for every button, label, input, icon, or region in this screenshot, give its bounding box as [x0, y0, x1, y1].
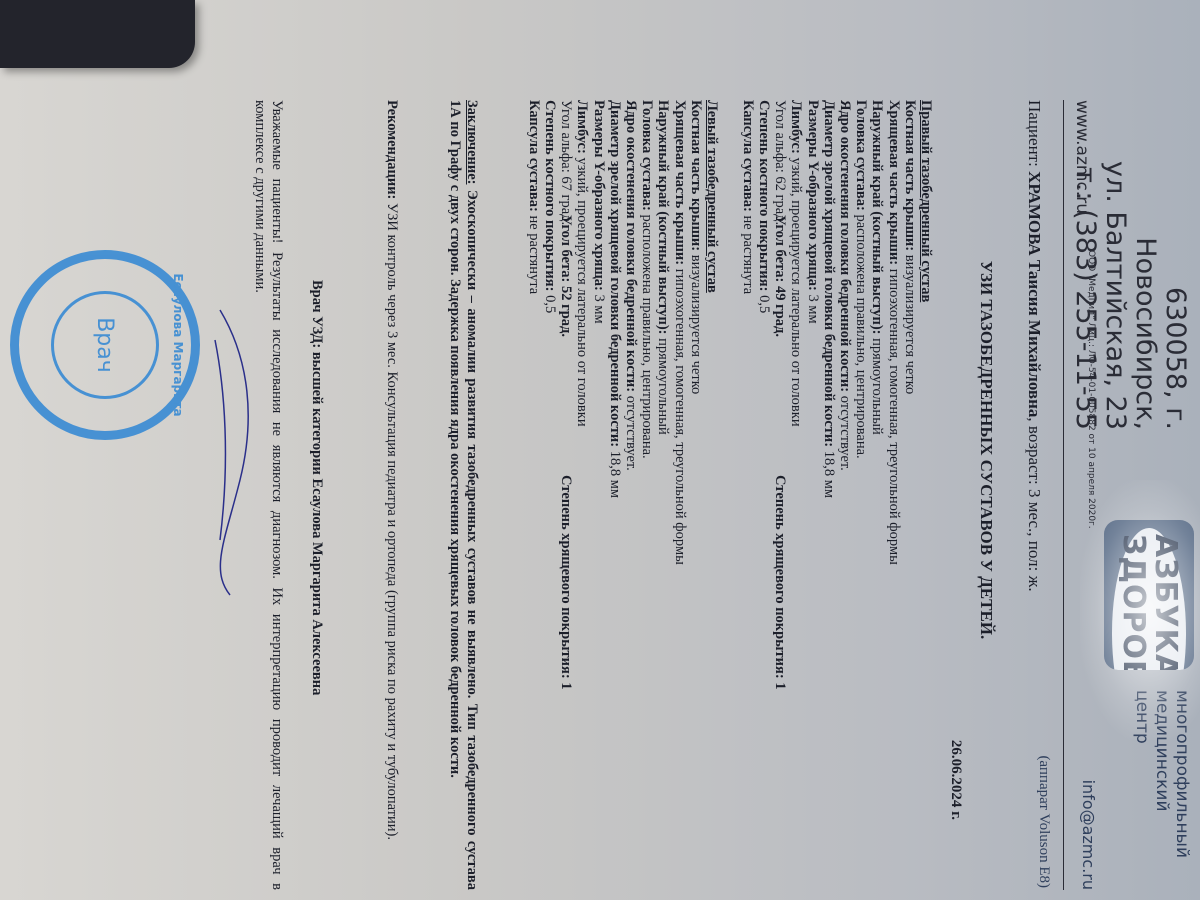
finding-key: Костная часть крыши:: [902, 100, 918, 251]
finding-row: Головка сустава: расположена правильно, …: [639, 100, 655, 880]
finding-value: отсутствует.: [623, 392, 639, 471]
angles-row: Угол альфа: 62 град. Угол бета: 49 град.…: [772, 100, 788, 880]
left-hip-heading: Левый тазобедренный сустав: [704, 100, 720, 880]
alpha-label: Угол альфа:: [772, 100, 788, 173]
conclusion: Заключение: Эхоскопически – аномалии раз…: [446, 100, 480, 890]
patient-label: Пациент:: [1025, 100, 1044, 167]
alpha-angle: Угол альфа: 62 град.: [772, 100, 788, 215]
cartilage-cover: Степень хрящевого покрытия: 1: [772, 475, 788, 690]
doctor-stamp: Есаулова Маргарита Врач: [10, 250, 200, 440]
finding-key: Головка сустава:: [639, 100, 655, 211]
stamp-center: Врач: [51, 291, 159, 399]
conclusion-text: Эхоскопически – аномалии развития тазобе…: [447, 100, 480, 890]
ultrasound-report-page: 630058, г. Новосибирск, ул. Балтийская, …: [0, 0, 1200, 900]
finding-row: Головка сустава: расположена правильно, …: [853, 100, 869, 880]
logo-line-1: АЗБУКА: [1149, 534, 1181, 670]
finding-row: Диаметр зрелой хрящевой головки бедренно…: [607, 100, 623, 880]
finding-key: Размеры Y-образного хряща:: [805, 100, 821, 291]
finding-row: Капсула сустава: не растянута: [526, 100, 542, 880]
left-hip-section: Левый тазобедренный сустав Костная часть…: [526, 100, 720, 880]
header-divider: [1063, 100, 1064, 890]
bone-cover-label: Степень костного покрытия:: [542, 100, 558, 291]
beta-angle: Угол бета: 49 град.: [772, 215, 788, 475]
finding-key: Размеры Y-образного хряща:: [591, 100, 607, 291]
address-line-1: 630058, г. Новосибирск,: [1130, 100, 1190, 430]
cartilage-cover-label: Степень хрящевого покрытия:: [772, 475, 788, 679]
clinic-license: ООО "МедГид" Лиц.: ЛО-54-01-005882 от 10…: [1086, 250, 1096, 529]
finding-key: Хрящевая часть крыши:: [886, 100, 902, 265]
clinic-email: info@azmc.ru: [1079, 780, 1098, 890]
finding-key: Лимбус:: [574, 100, 590, 154]
finding-value: узкий, проецируется латерально от головк…: [574, 154, 590, 427]
finding-value: визуализируется четко: [688, 251, 704, 394]
finding-key: Наружный край (костный выступ):: [655, 100, 671, 335]
recommendations-text: УЗИ контроль через 3 мес. Консультация п…: [384, 199, 400, 840]
alpha-angle: Угол альфа: 67 град.: [558, 100, 574, 215]
cartilage-cover-label: Степень хрящевого покрытия:: [558, 475, 574, 679]
report-title: УЗИ ТАЗОБЕДРЕННЫХ СУСТАВОВ У ДЕТЕЙ.: [976, 0, 996, 900]
finding-row: Костная часть крыши: визуализируется чет…: [902, 100, 918, 880]
clinic-type-line-2: медицинский: [1152, 690, 1172, 858]
finding-key: Головка сустава:: [853, 100, 869, 211]
finding-value: отсутствует.: [837, 392, 853, 471]
cartilage-cover: Степень хрящевого покрытия: 1: [558, 475, 574, 690]
finding-value: гипоэхогенная, гомогенная, треугольной ф…: [672, 265, 688, 565]
finding-row: Диаметр зрелой хрящевой головки бедренно…: [821, 100, 837, 880]
clinic-type-line-1: многопрофильный: [1172, 690, 1192, 858]
finding-value: 3 мм: [591, 291, 607, 324]
cartilage-cover-value: 1: [772, 679, 788, 690]
finding-key: Лимбус:: [788, 100, 804, 154]
finding-row: Лимбус: узкий, проецируется латерально о…: [574, 100, 590, 880]
clinic-type-line-3: центр: [1132, 690, 1152, 858]
finding-row: Костная часть крыши: визуализируется чет…: [688, 100, 704, 880]
capsule-label: Капсула сустава:: [740, 100, 756, 212]
finding-value: расположена правильно, центрирована.: [639, 211, 655, 459]
clinic-website: www.azmc.ru: [1072, 100, 1092, 214]
finding-value: 18,8 мм: [607, 447, 623, 498]
finding-value: прямоугольный: [869, 335, 885, 435]
clinic-logo: АЗБУКА ЗДОРОВЬЯ: [1104, 520, 1194, 670]
finding-value: визуализируется четко: [902, 251, 918, 394]
finding-value: 18,8 мм: [821, 447, 837, 498]
handwritten-signature: [200, 300, 260, 600]
capsule-label: Капсула сустава:: [526, 100, 542, 212]
finding-row: Лимбус: узкий, проецируется латерально о…: [788, 100, 804, 880]
finding-row: Степень костного покрытия: 0,5: [756, 100, 772, 880]
right-hip-heading: Правый тазобедренный сустав: [918, 100, 934, 880]
finding-key: Хрящевая часть крыши:: [672, 100, 688, 265]
finding-key: Наружный край (костный выступ):: [869, 100, 885, 335]
finding-key: Диаметр зрелой хрящевой головки бедренно…: [821, 100, 837, 447]
finding-row: Хрящевая часть крыши: гипоэхогенная, гом…: [885, 100, 901, 880]
patient-name: ХРАМОВА Таисия Михайловна: [1025, 171, 1044, 417]
finding-row: Ядро окостенения головки бедренной кости…: [837, 100, 853, 880]
finding-row: Размеры Y-образного хряща: 3 мм: [804, 100, 820, 880]
finding-value: гипоэхогенная, гомогенная, треугольной ф…: [886, 265, 902, 565]
stamp-center-text: Врач: [93, 317, 118, 373]
doctor-signature-line: Врач УЗД: высшей категории Есаулова Марг…: [308, 280, 325, 695]
phone-edge-shadow: [0, 0, 195, 68]
beta-value: 52 град.: [558, 282, 574, 337]
finding-row: Ядро окостенения головки бедренной кости…: [623, 100, 639, 880]
beta-angle: Угол бета: 52 град.: [558, 215, 574, 475]
finding-row: Хрящевая часть крыши: гипоэхогенная, гом…: [671, 100, 687, 880]
bone-cover-value: 0,5: [756, 291, 772, 313]
capsule-value: не растянута: [526, 212, 542, 294]
finding-row: Наружный край (костный выступ): прямоуго…: [869, 100, 885, 880]
report-date: 26.06.2024 г.: [947, 740, 964, 820]
finding-value: узкий, проецируется латерально от головк…: [788, 154, 804, 427]
device-name: (аппарат Voluson E8): [1035, 755, 1052, 888]
recommendations-label: Рекомендации:: [384, 100, 400, 199]
patient-details: , возраст: 3 мес., пол: ж.: [1025, 417, 1044, 591]
beta-label: Угол бета:: [772, 215, 788, 282]
address-line-2: ул. Балтийская, 23: [1100, 100, 1130, 430]
conclusion-label: Заключение:: [464, 100, 480, 185]
cartilage-cover-value: 1: [558, 679, 574, 690]
finding-row: Наружный край (костный выступ): прямоуго…: [655, 100, 671, 880]
capsule-value: не растянута: [740, 212, 756, 294]
logo-line-2: ЗДОРОВЬЯ: [1117, 534, 1149, 670]
patient-line: Пациент: ХРАМОВА Таисия Михайловна, возр…: [1024, 100, 1044, 592]
bone-cover-value: 0,5: [542, 291, 558, 313]
finding-row: Размеры Y-образного хряща: 3 мм: [590, 100, 606, 880]
finding-key: Костная часть крыши:: [688, 100, 704, 251]
right-hip-section: Правый тазобедренный сустав Костная част…: [740, 100, 934, 880]
finding-key: Ядро окостенения головки бедренной кости…: [623, 100, 639, 392]
stamp-ring-text: Есаулова Маргарита: [171, 259, 185, 431]
recommendations: Рекомендации: УЗИ контроль через 3 мес. …: [383, 100, 400, 890]
finding-row: Капсула сустава: не растянута: [740, 100, 756, 880]
finding-value: расположена правильно, центрирована.: [853, 211, 869, 459]
bone-cover-label: Степень костного покрытия:: [756, 100, 772, 291]
beta-value: 49 град.: [772, 282, 788, 337]
finding-key: Ядро окостенения головки бедренной кости…: [837, 100, 853, 392]
finding-value: 3 мм: [805, 291, 821, 324]
beta-label: Угол бета:: [558, 215, 574, 282]
finding-row: Степень костного покрытия: 0,5: [542, 100, 558, 880]
clinic-type: многопрофильный медицинский центр: [1132, 690, 1192, 858]
finding-value: прямоугольный: [655, 335, 671, 435]
angles-row: Угол альфа: 67 град. Угол бета: 52 град.…: [558, 100, 574, 880]
alpha-label: Угол альфа:: [558, 100, 574, 173]
finding-key: Диаметр зрелой хрящевой головки бедренно…: [607, 100, 623, 447]
